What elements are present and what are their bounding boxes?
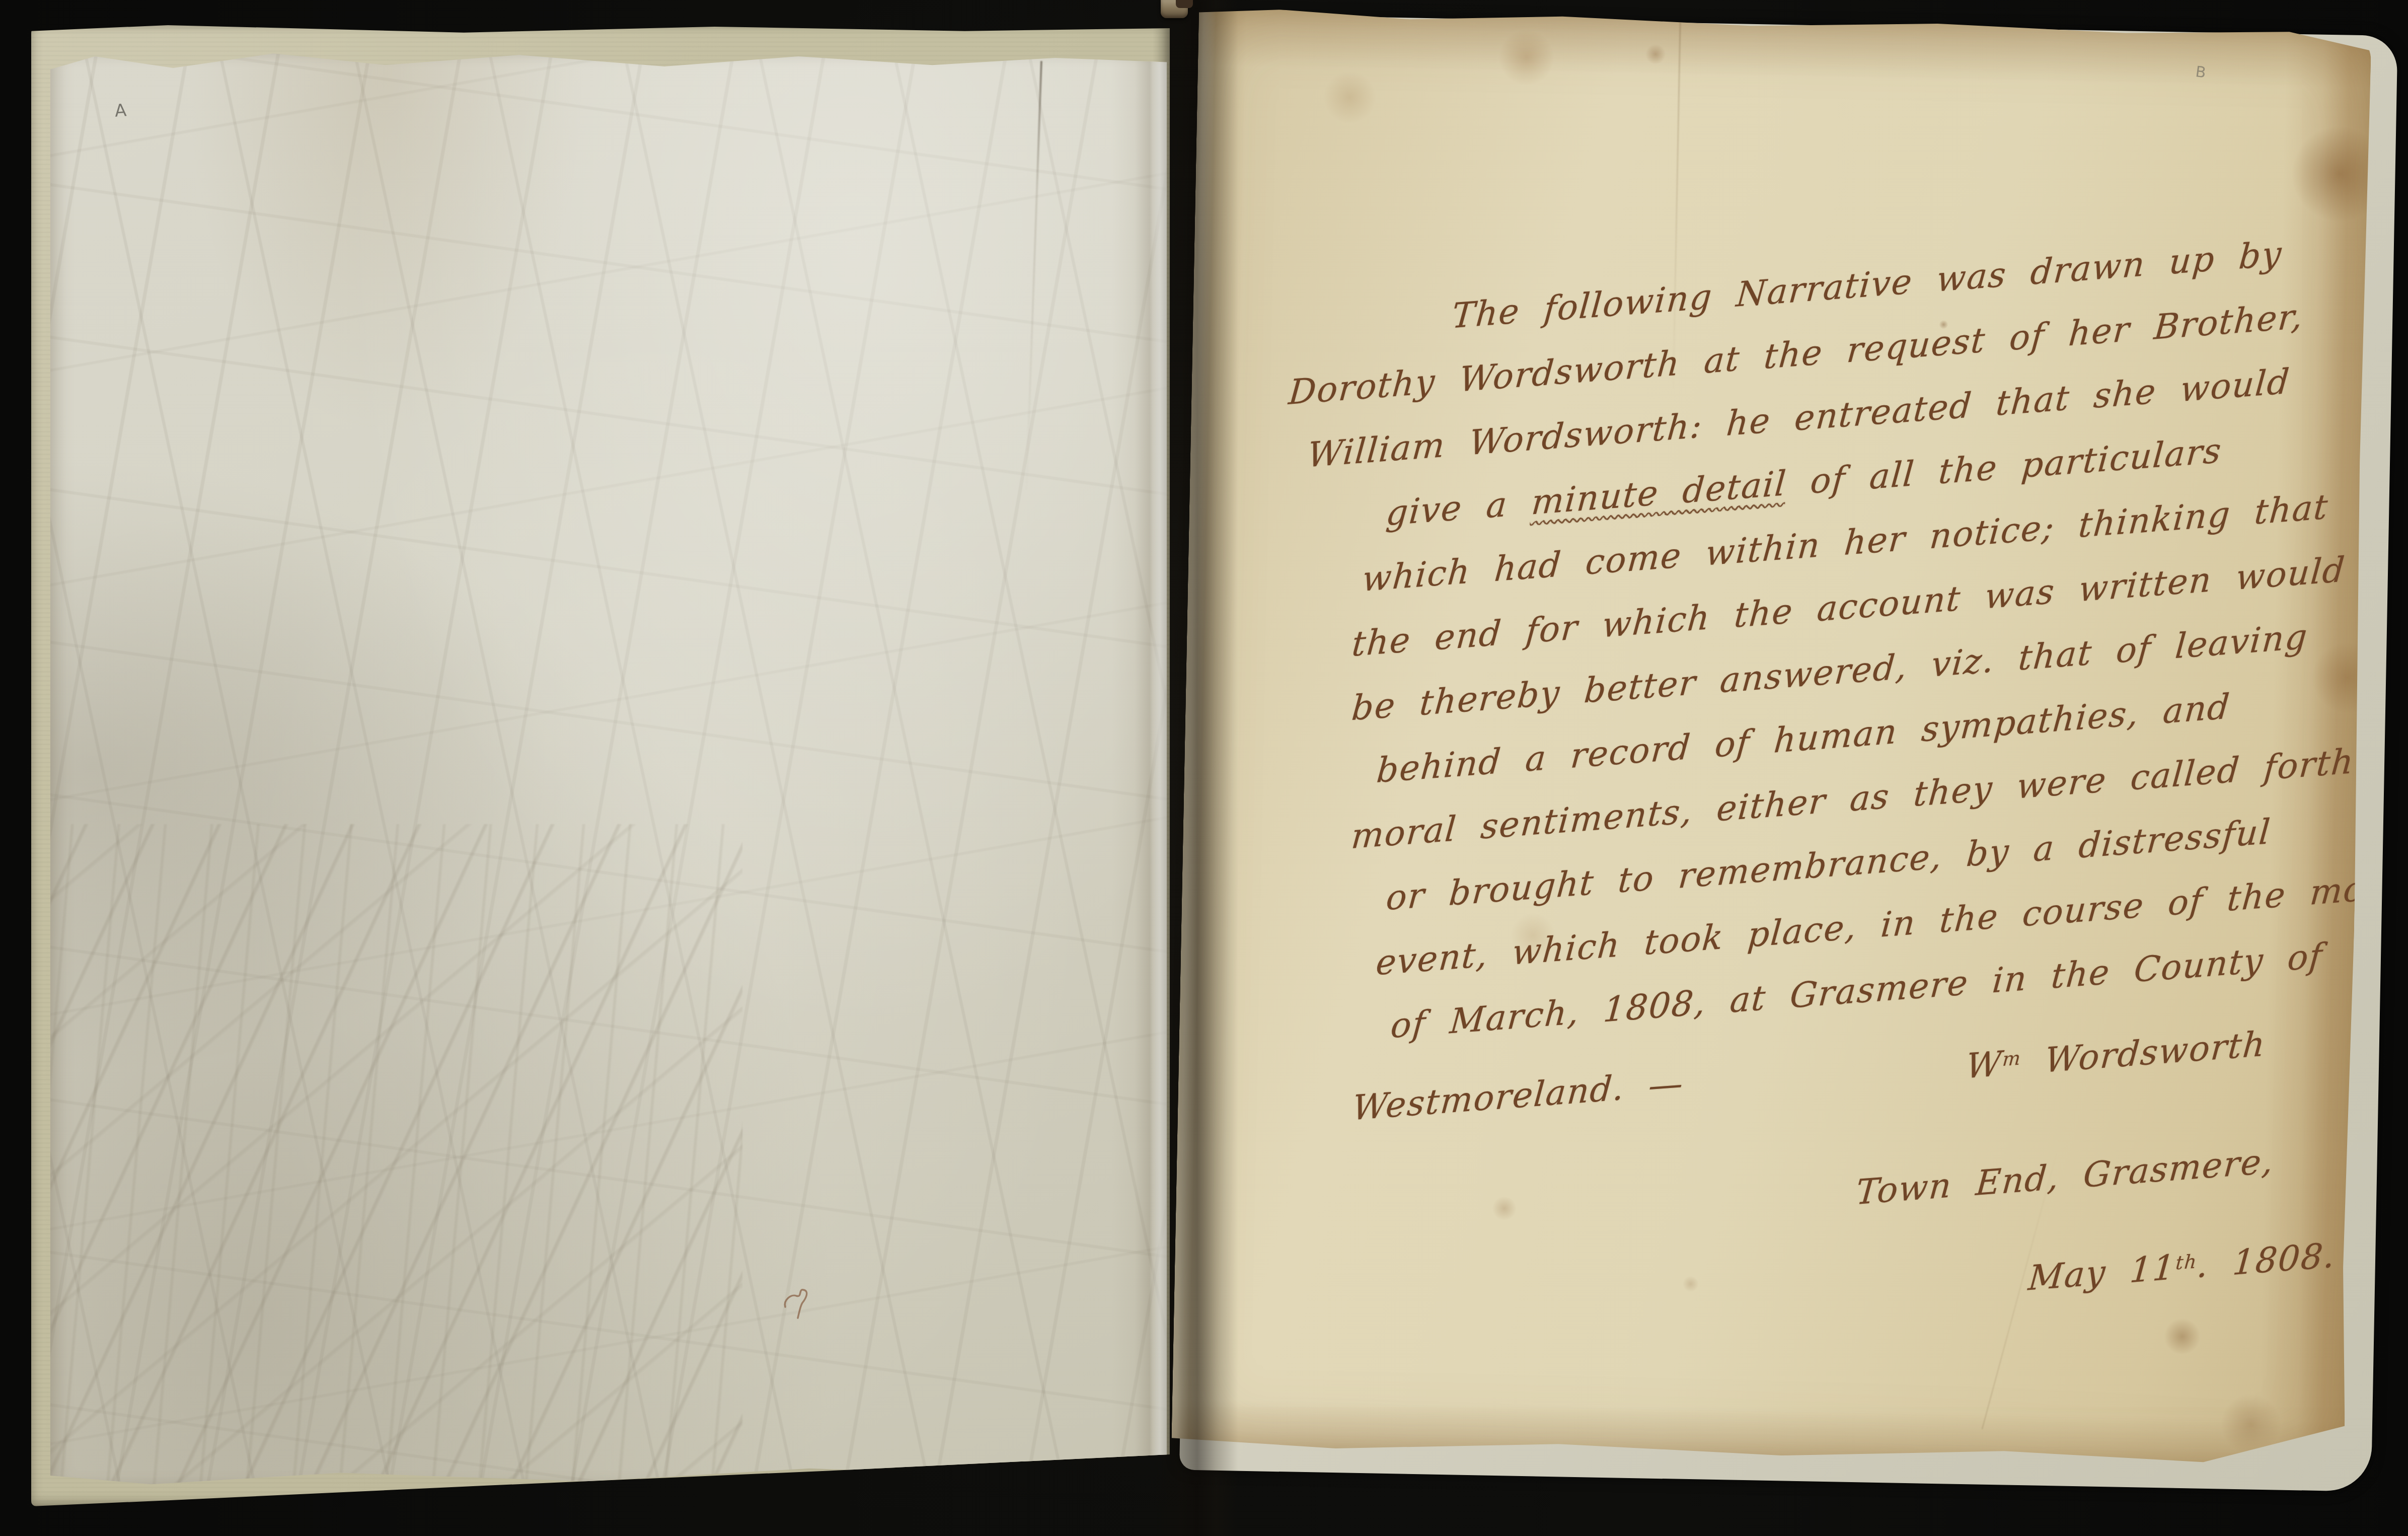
underlined-phrase: minute detail xyxy=(1530,464,1788,523)
pencil-mark-b: B xyxy=(2195,63,2207,82)
ink-squiggle-mark xyxy=(781,1281,816,1326)
endpaper-fold-edge xyxy=(1106,46,1167,1487)
handwritten-text-block: The following Narrative was drawn up by … xyxy=(1276,213,2372,1357)
author-signature: Wm Wordsworth xyxy=(1964,1007,2269,1094)
binding-leather-nub xyxy=(1176,0,1193,8)
pencil-mark-a: A xyxy=(114,100,127,121)
endpaper-crease xyxy=(1025,61,1042,493)
manuscript-scan: A B The following Narrative was drawn up… xyxy=(0,0,2408,1536)
left-cover-board: A xyxy=(31,25,1170,1506)
paper-wrinkles xyxy=(50,824,742,1487)
left-blank-endpaper: A xyxy=(50,46,1167,1487)
manuscript-page: B The following Narrative was drawn up b… xyxy=(1171,8,2371,1469)
date-line: May 11th. 1808. — xyxy=(2026,1208,2371,1306)
line-segment: give a xyxy=(1385,483,1533,534)
address-line: Town End, Grasmere, xyxy=(1853,1114,2371,1225)
place-name: Westmoreland. — xyxy=(1350,1051,1687,1141)
